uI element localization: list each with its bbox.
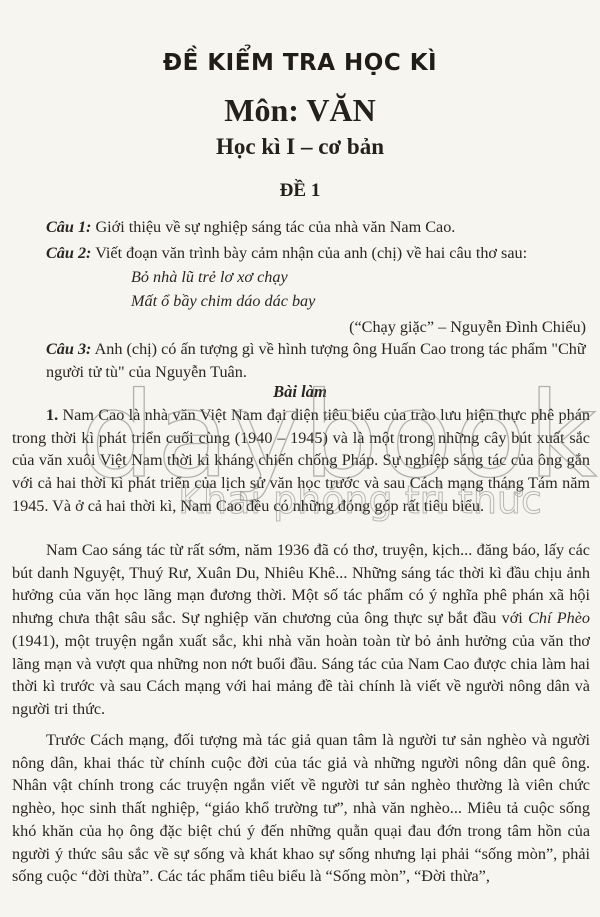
term-title: Học kì I – cơ bản <box>0 134 600 160</box>
subject-title: Môn: VĂN <box>0 92 600 129</box>
exam-page: ĐỀ KIỂM TRA HỌC KÌ Môn: VĂN Học kì I – c… <box>0 0 600 917</box>
question-label: Câu 3: <box>46 340 91 358</box>
poem-line: Bỏ nhà lũ trẻ lơ xơ chạy <box>131 268 288 287</box>
question-text: Anh (chị) có ấn tượng gì về hình tượng ô… <box>46 340 586 381</box>
question-text: Viết đoạn văn trình bày cảm nhận của anh… <box>91 244 527 262</box>
question-label: Câu 2: <box>46 244 91 262</box>
answer-paragraph: 1. Nam Cao là nhà văn Việt Nam đại diện … <box>12 404 590 518</box>
question-1: Câu 1: Giới thiệu về sự nghiệp sáng tác … <box>46 216 591 239</box>
question-label: Câu 1: <box>46 218 91 236</box>
answer-number: 1. <box>46 406 58 424</box>
answer-paragraph: Trước Cách mạng, đối tượng mà tác giả qu… <box>12 729 590 888</box>
answer-heading: Bài làm <box>0 382 600 402</box>
paragraph-text: Nam Cao sáng tác từ rất sớm, năm 1936 đã… <box>12 541 590 627</box>
exam-number: ĐỀ 1 <box>0 180 600 202</box>
question-text: Giới thiệu về sự nghiệp sáng tác của nhà… <box>91 218 455 236</box>
poem-line: Mất ổ bầy chim dáo dác bay <box>131 292 315 311</box>
question-3: Câu 3: Anh (chị) có ấn tượng gì về hình … <box>46 338 590 384</box>
exam-title: ĐỀ KIỂM TRA HỌC KÌ <box>0 50 600 76</box>
paragraph-text: (1941), một truyện ngắn xuất sắc, khi nh… <box>12 632 590 718</box>
answer-paragraph: Nam Cao sáng tác từ rất sớm, năm 1936 đã… <box>12 539 590 721</box>
question-2: Câu 2: Viết đoạn văn trình bày cảm nhận … <box>46 242 591 265</box>
poem-citation: (“Chạy giặc” – Nguyễn Đình Chiểu) <box>349 318 586 337</box>
work-title: Chí Phèo <box>528 609 590 627</box>
paragraph-text: Nam Cao là nhà văn Việt Nam đại diện tiê… <box>12 406 590 515</box>
